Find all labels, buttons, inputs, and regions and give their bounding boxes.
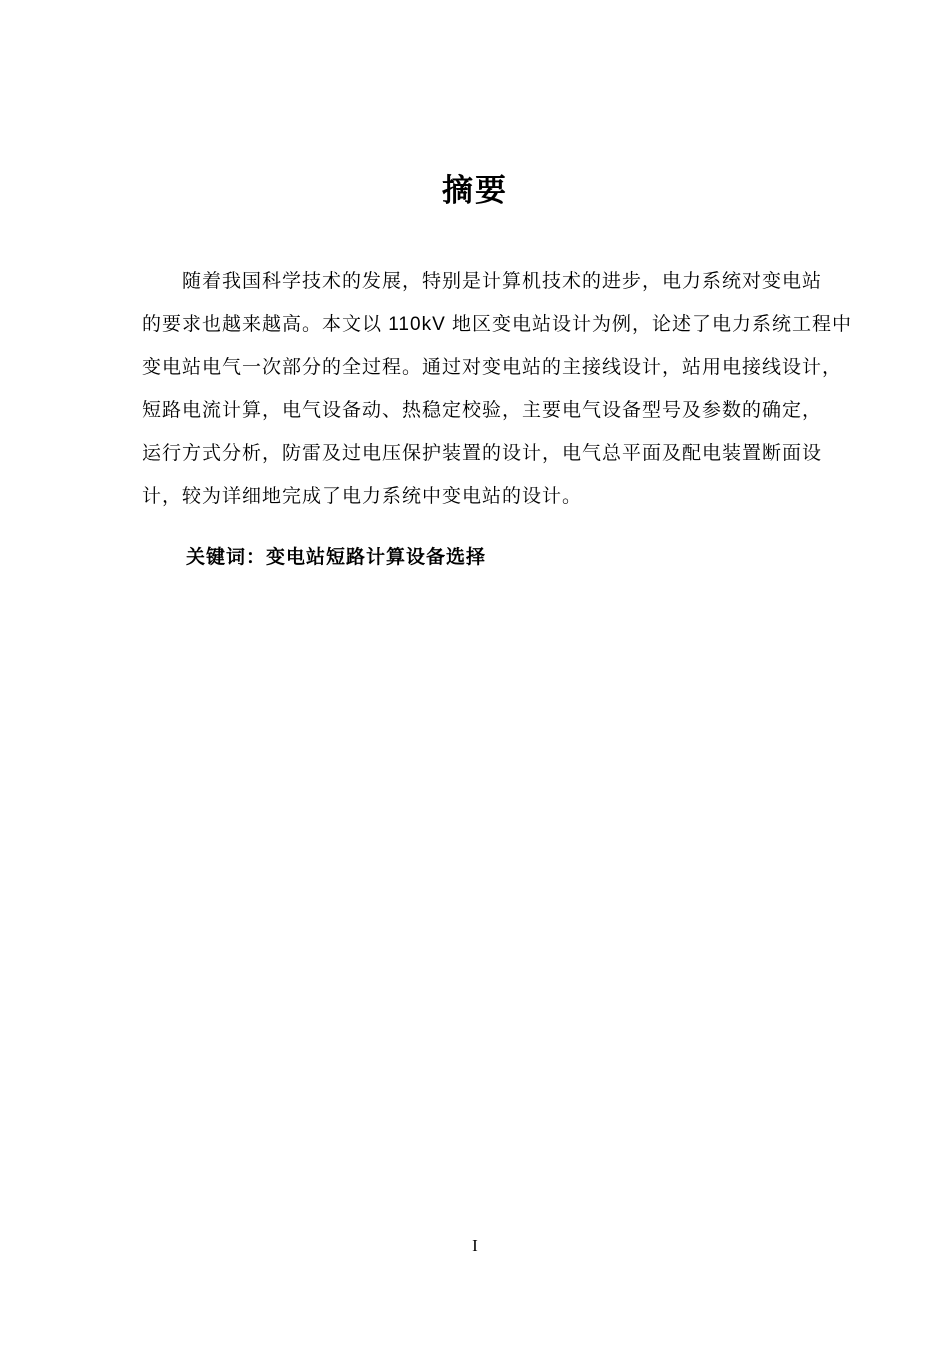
abstract-paragraph: 随着我国科学技术的发展，特别是计算机技术的进步，电力系统对变电站 的要求也越来越… — [142, 260, 812, 518]
keywords-line: 关键词：变电站短路计算设备选择 — [142, 545, 812, 571]
document-page: 摘要 随着我国科学技术的发展，特别是计算机技术的进步，电力系统对变电站 的要求也… — [0, 0, 950, 1345]
paragraph-line: 短路电流计算，电气设备动、热稳定校验，主要电气设备型号及参数的确定， — [142, 389, 812, 432]
paragraph-line: 变电站电气一次部分的全过程。通过对变电站的主接线设计，站用电接线设计， — [142, 346, 812, 389]
paragraph-line: 计，较为详细地完成了电力系统中变电站的设计。 — [142, 475, 812, 518]
paragraph-line: 的要求也越来越高。本文以 110kV 地区变电站设计为例，论述了电力系统工程中 — [142, 303, 812, 346]
page-title: 摘要 — [0, 165, 950, 210]
paragraph-line: 运行方式分析，防雷及过电压保护装置的设计，电气总平面及配电装置断面设 — [142, 432, 812, 475]
page-number: I — [0, 1236, 950, 1256]
paragraph-line: 随着我国科学技术的发展，特别是计算机技术的进步，电力系统对变电站 — [142, 260, 812, 303]
